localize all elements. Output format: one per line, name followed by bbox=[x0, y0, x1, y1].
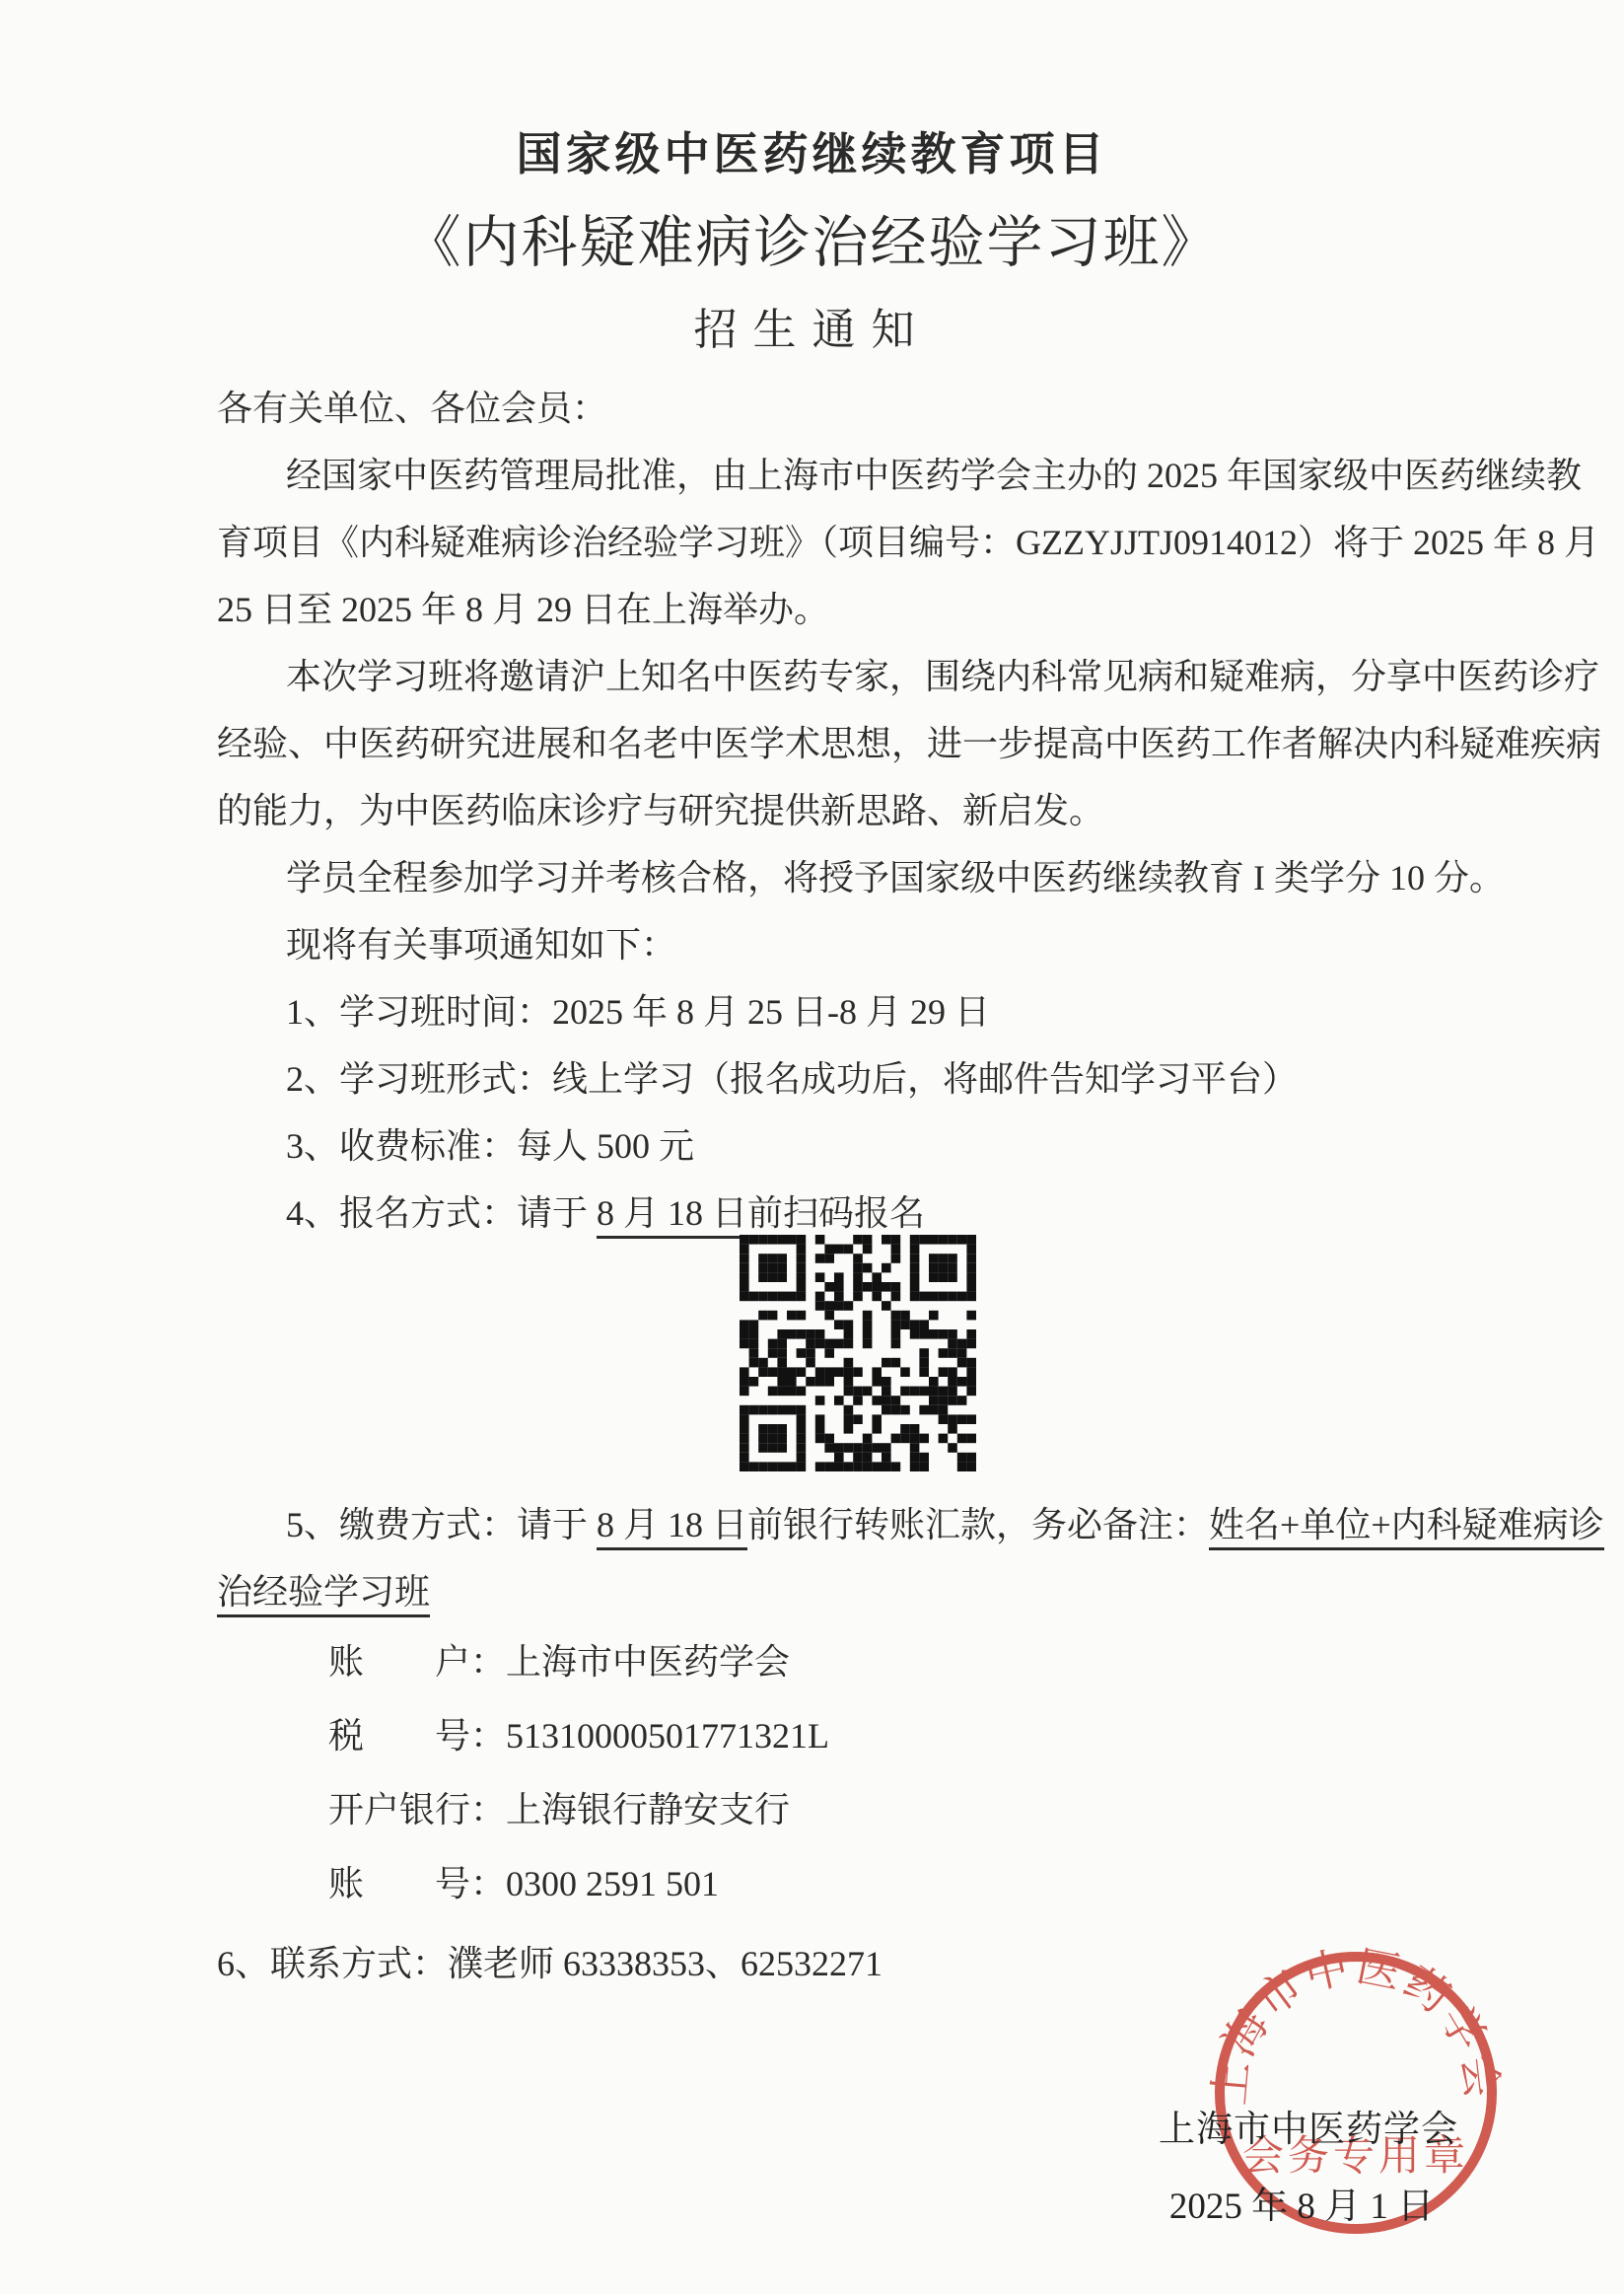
text-run: 开户银行：上海银行静安支行 bbox=[328, 1790, 790, 1829]
document-line: 育项目《内科疑难病诊治经验学习班》（项目编号：GZZYJJTJ0914012）将… bbox=[217, 509, 1499, 576]
document-title-program: 国家级中医药继续教育项目 bbox=[0, 118, 1624, 183]
text-run: 3、收费标准：每人 500 元 bbox=[286, 1126, 694, 1166]
text-run: 1、学习班时间：2025 年 8 月 25 日-8 月 29 日 bbox=[286, 992, 990, 1032]
document-title-notice: 招生通知 bbox=[0, 294, 1624, 357]
document-line: 学员全程参加学习并考核合格，将授予国家级中医药继续教育 I 类学分 10 分。 bbox=[217, 844, 1499, 911]
text-run: 4、报名方式：请于 bbox=[286, 1193, 597, 1233]
text-run: 税 号：51310000501771321L bbox=[328, 1716, 829, 1756]
seal-ring-text: 上海市中医药学会 bbox=[1208, 1945, 1504, 2107]
text-run: 育项目《内科疑难病诊治经验学习班》（项目编号：GZZYJJTJ0914012）将… bbox=[217, 523, 1599, 562]
document-body-bottom: 5、缴费方式：请于 8 月 18 日前银行转账汇款，务必备注：姓名+单位+内科疑… bbox=[217, 1491, 1499, 2000]
document-line: 1、学习班时间：2025 年 8 月 25 日-8 月 29 日 bbox=[217, 978, 1499, 1045]
text-run: 账 户：上海市中医药学会 bbox=[328, 1642, 790, 1682]
document-line: 治经验学习班 bbox=[217, 1558, 1499, 1625]
text-run: 2、学习班形式：线上学习（报名成功后，将邮件告知学习平台） bbox=[286, 1059, 1298, 1099]
text-run: 5、缴费方式：请于 bbox=[286, 1505, 597, 1544]
document-line: 25 日至 2025 年 8 月 29 日在上海举办。 bbox=[217, 576, 1499, 643]
document-line: 账 户：上海市中医药学会 bbox=[217, 1625, 1499, 1699]
underlined-text: 8 月 18 日 bbox=[597, 1193, 747, 1239]
text-run: 现将有关事项通知如下： bbox=[286, 925, 676, 965]
document-line: 经国家中医药管理局批准，由上海市中医药学会主办的 2025 年国家级中医药继续教 bbox=[217, 442, 1499, 509]
signature-organization: 上海市中医药学会 bbox=[1159, 2099, 1445, 2152]
text-run: 6、联系方式：濮老师 63338353、62532271 bbox=[217, 1944, 883, 1983]
document-title-course: 《内科疑难病诊治经验学习班》 bbox=[0, 197, 1624, 278]
text-run: 前扫码报名 bbox=[747, 1193, 925, 1233]
text-run: 学员全程参加学习并考核合格，将授予国家级中医药继续教育 I 类学分 10 分。 bbox=[286, 858, 1505, 897]
document-line: 税 号：51310000501771321L bbox=[217, 1699, 1499, 1773]
document-line: 的能力，为中医药临床诊疗与研究提供新思路、新启发。 bbox=[217, 777, 1499, 844]
underlined-text: 治经验学习班 bbox=[217, 1572, 430, 1617]
text-run: 经验、中医药研究进展和名老中医学术思想，进一步提高中医药工作者解决内科疑难疾病 bbox=[217, 724, 1601, 763]
document-line: 各有关单位、各位会员： bbox=[217, 375, 1499, 442]
document-line: 账 号：0300 2591 501 bbox=[217, 1847, 1499, 1921]
text-run: 25 日至 2025 年 8 月 29 日在上海举办。 bbox=[217, 590, 829, 629]
scanned-notice-document: 国家级中医药继续教育项目 《内科疑难病诊治经验学习班》 招生通知 各有关单位、各… bbox=[0, 0, 1624, 2294]
document-line: 2、学习班形式：线上学习（报名成功后，将邮件告知学习平台） bbox=[217, 1045, 1499, 1112]
document-line: 3、收费标准：每人 500 元 bbox=[217, 1112, 1499, 1180]
document-line: 经验、中医药研究进展和名老中医学术思想，进一步提高中医药工作者解决内科疑难疾病 bbox=[217, 710, 1499, 777]
qr-code bbox=[740, 1235, 976, 1471]
text-run: 经国家中医药管理局批准，由上海市中医药学会主办的 2025 年国家级中医药继续教 bbox=[286, 456, 1582, 495]
text-run: 账 号：0300 2591 501 bbox=[328, 1864, 719, 1903]
underlined-text: 8 月 18 日 bbox=[597, 1505, 747, 1550]
document-line: 开户银行：上海银行静安支行 bbox=[217, 1773, 1499, 1847]
document-line: 现将有关事项通知如下： bbox=[217, 911, 1499, 978]
signature-date: 2025 年 8 月 1 日 bbox=[1159, 2176, 1445, 2229]
text-run: 前银行转账汇款，务必备注： bbox=[747, 1505, 1209, 1544]
document-line: 5、缴费方式：请于 8 月 18 日前银行转账汇款，务必备注：姓名+单位+内科疑… bbox=[217, 1491, 1499, 1558]
text-run: 各有关单位、各位会员： bbox=[217, 389, 607, 428]
document-line: 本次学习班将邀请沪上知名中医药专家，围绕内科常见病和疑难病，分享中医药诊疗 bbox=[217, 643, 1499, 710]
text-run: 本次学习班将邀请沪上知名中医药专家，围绕内科常见病和疑难病，分享中医药诊疗 bbox=[286, 657, 1599, 696]
underlined-text: 姓名+单位+内科疑难病诊 bbox=[1209, 1505, 1604, 1550]
text-run: 的能力，为中医药临床诊疗与研究提供新思路、新启发。 bbox=[217, 791, 1104, 830]
document-body-top: 各有关单位、各位会员：经国家中医药管理局批准，由上海市中医药学会主办的 2025… bbox=[217, 375, 1499, 1247]
